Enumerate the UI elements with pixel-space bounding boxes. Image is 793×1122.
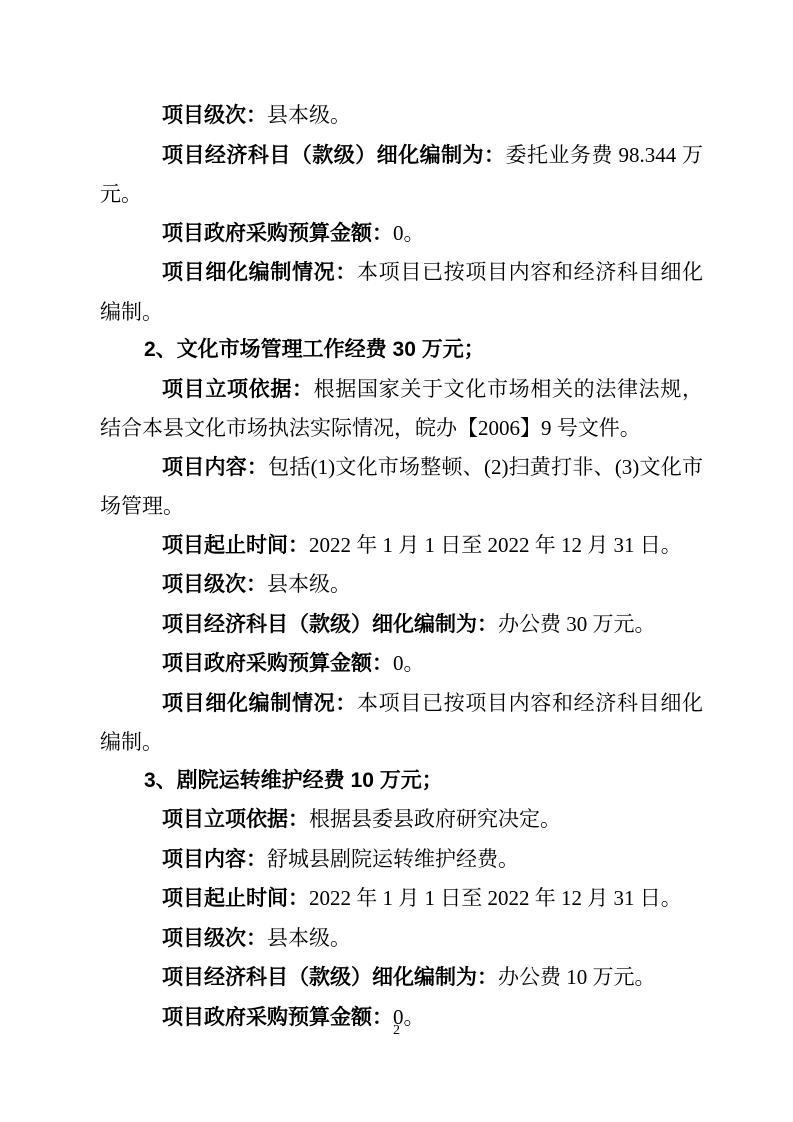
field-project-content-s3: 项目内容：舒城县剧院运转维护经费。 (100, 840, 703, 880)
document-page: 项目级次：县本级。 项目经济科目（款级）细化编制为：委托业务费 98.344 万… (0, 0, 793, 1122)
field-value: 2022 年 1 月 1 日至 2022 年 12 月 31 日。 (309, 533, 682, 557)
field-economic-subject-s2: 项目经济科目（款级）细化编制为：办公费 30 万元。 (100, 605, 703, 645)
field-label: 项目细化编制情况： (162, 692, 357, 715)
field-value: 县本级。 (267, 572, 351, 596)
field-project-level-s1: 项目级次：县本级。 (100, 96, 703, 136)
field-value: 县本级。 (267, 926, 351, 950)
field-value: 根据县委县政府研究决定。 (309, 807, 561, 831)
field-label: 项目级次： (162, 573, 267, 596)
field-detail-status-s2: 项目细化编制情况：本项目已按项目内容和经济科目细化编制。 (100, 684, 703, 762)
field-project-basis-s3: 项目立项依据：根据县委县政府研究决定。 (100, 800, 703, 840)
field-label: 项目起止时间： (162, 887, 309, 910)
field-project-level-s2: 项目级次：县本级。 (100, 565, 703, 605)
field-project-content-s2: 项目内容：包括(1)文化市场整顿、(2)扫黄打非、(3)文化市场管理。 (100, 448, 703, 526)
field-label: 项目级次： (162, 927, 267, 950)
field-value: 办公费 30 万元。 (498, 612, 656, 636)
field-label: 项目政府采购预算金额： (162, 652, 393, 675)
section-heading-text: 2、文化市场管理工作经费 30 万元； (144, 338, 485, 361)
field-label: 项目立项依据： (162, 378, 314, 401)
field-label: 项目政府采购预算金额： (162, 222, 393, 245)
field-label: 项目经济科目（款级）细化编制为： (162, 613, 498, 636)
field-project-period-s3: 项目起止时间：2022 年 1 月 1 日至 2022 年 12 月 31 日。 (100, 879, 703, 919)
field-procurement-amount-s2: 项目政府采购预算金额：0。 (100, 644, 703, 684)
field-label: 项目经济科目（款级）细化编制为： (162, 966, 498, 989)
field-value: 0。 (393, 221, 425, 245)
section-heading-item-2: 2、文化市场管理工作经费 30 万元； (100, 331, 703, 370)
field-label: 项目内容： (162, 848, 267, 871)
field-detail-status-s1: 项目细化编制情况：本项目已按项目内容和经济科目细化编制。 (100, 253, 703, 331)
field-label: 项目立项依据： (162, 808, 309, 831)
field-label: 项目内容： (162, 456, 268, 479)
section-heading-text: 3、剧院运转维护经费 10 万元； (144, 769, 443, 792)
field-economic-subject-s3: 项目经济科目（款级）细化编制为：办公费 10 万元。 (100, 958, 703, 998)
page-number: 2 (0, 1022, 793, 1040)
field-project-level-s3: 项目级次：县本级。 (100, 919, 703, 959)
field-project-basis-s2: 项目立项依据：根据国家关于文化市场相关的法律法规，结合本县文化市场执法实际情况，… (100, 370, 703, 448)
field-label: 项目级次： (162, 104, 267, 127)
section-heading-item-3: 3、剧院运转维护经费 10 万元； (100, 762, 703, 801)
field-value: 0。 (393, 651, 425, 675)
field-label: 项目起止时间： (162, 534, 309, 557)
field-label: 项目经济科目（款级）细化编制为： (162, 144, 505, 167)
field-procurement-amount-s1: 项目政府采购预算金额：0。 (100, 214, 703, 254)
field-value: 办公费 10 万元。 (498, 965, 656, 989)
field-value: 2022 年 1 月 1 日至 2022 年 12 月 31 日。 (309, 886, 682, 910)
field-project-period-s2: 项目起止时间：2022 年 1 月 1 日至 2022 年 12 月 31 日。 (100, 526, 703, 566)
field-economic-subject-s1: 项目经济科目（款级）细化编制为：委托业务费 98.344 万元。 (100, 136, 703, 214)
field-value: 县本级。 (267, 103, 351, 127)
field-value: 舒城县剧院运转维护经费。 (267, 847, 519, 871)
field-label: 项目细化编制情况： (162, 261, 357, 284)
